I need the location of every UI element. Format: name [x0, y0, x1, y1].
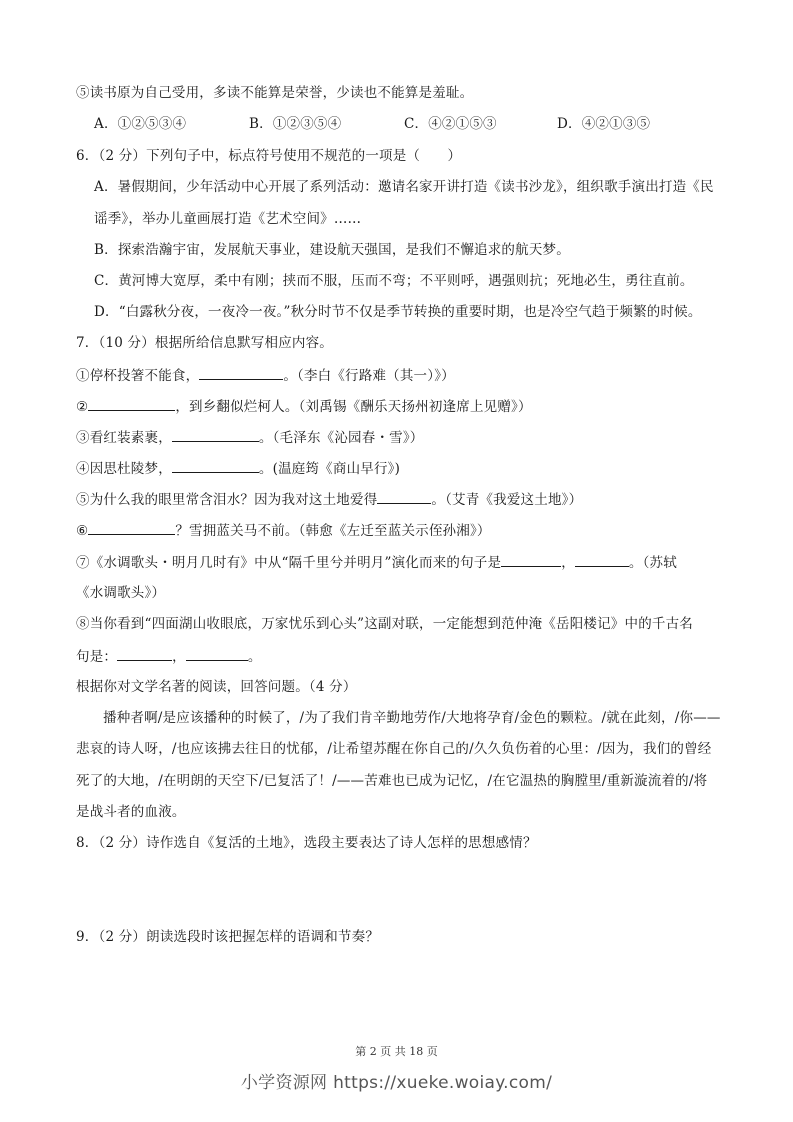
answer-blank[interactable]: [377, 490, 431, 504]
answer-blank[interactable]: [88, 521, 175, 535]
option-d: D．④②①③⑤: [557, 115, 650, 133]
q5-options: A．①②⑤③④B．①②③⑤④C．④②①⑤③D．④②①③⑤: [94, 115, 650, 133]
q6-option-a-line2: 谣季》，举办儿童画展打造《艺术空间》……: [94, 210, 361, 228]
reading-intro: 根据你对文学名著的阅读，回答问题。（4 分）: [76, 678, 357, 696]
q7-item-2: ②，到乡翻似烂柯人。（刘禹锡《酬乐天扬州初逢席上见赠》）: [76, 397, 532, 416]
q6-option-a-line1: A．暑假期间，少年活动中心开展了系列活动：邀请名家开讲打造《读书沙龙》，组织歌手…: [94, 178, 714, 196]
page-number: 第 2 页 共 18 页: [0, 1043, 793, 1059]
answer-blank[interactable]: [88, 397, 175, 411]
option-c: C．④②①⑤③: [404, 115, 557, 133]
q6-option-c: C．黄河博大宽厚，柔中有刚；挟而不服，压而不弯；不平则呼，遇强则抗；死地必生，勇…: [94, 272, 694, 290]
answer-blank[interactable]: [199, 366, 283, 380]
q7-item-8-line2: 句是：，。: [76, 647, 262, 666]
q7-item-5: ⑤为什么我的眼里常含泪水？因为我对这土地爱得。（艾青《我爱这土地》）: [76, 490, 582, 509]
q7-stem: 7．（10 分）根据所给信息默写相应内容。: [76, 334, 333, 352]
q6-option-b: B．探索浩瀚宇宙，发展航天事业，建设航天强国，是我们不懈追求的航天梦。: [94, 241, 570, 259]
q7-item-7: ⑦《水调歌头・明月几时有》中从“隔千里兮并明月”演化而来的句子是，。（苏轼: [76, 553, 677, 572]
q7-item-3: ③看红装素裹，。（毛泽东《沁园春・雪》）: [76, 428, 424, 447]
q6-stem: 6．（2 分）下列句子中，标点符号使用不规范的一项是（ ）: [76, 147, 461, 165]
answer-blank[interactable]: [501, 553, 561, 567]
watermark: 小学资源网 https://xueke.woiay.com/: [0, 1068, 793, 1093]
poem-line-3: 死了的大地，/在明朗的天空下/已复活了！/——苦难也已成为记忆，/在它温热的胸膛…: [76, 772, 707, 790]
answer-blank[interactable]: [575, 553, 629, 567]
q7-item-1: ①停杯投箸不能食，。（李白《行路难（其一）》）: [76, 366, 455, 385]
q7-item-7-line2: 《水调歌头》）: [76, 584, 165, 602]
answer-blank[interactable]: [117, 647, 172, 661]
q7-item-8-line1: ⑧当你看到“四面湖山收眼底，万家忧乐到心头”这副对联，一定能想到范仲淹《岳阳楼记…: [76, 615, 693, 633]
option-a: A．①②⑤③④: [94, 115, 249, 133]
q6-option-d: D．“白露秋分夜，一夜冷一夜。”秋分时节不仅是季节转换的重要时期，也是冷空气趋于…: [94, 303, 702, 321]
poem-line-1: 播种者啊/是应该播种的时候了，/为了我们肯辛勤地劳作/大地将孕育/金色的颗粒。/…: [103, 709, 721, 727]
option-b: B．①②③⑤④: [249, 115, 404, 133]
q5-item-5: ⑤读书原为自己受用，多读不能算是荣誉，少读也不能算是羞耻。: [76, 84, 473, 102]
answer-blank[interactable]: [172, 459, 259, 473]
poem-line-2: 悲哀的诗人呀，/也应该拂去往日的忧郁，/让希望苏醒在你自己的/久久负伤着的心里：…: [76, 740, 712, 758]
poem-line-4: 是战斗者的血液。: [76, 803, 186, 821]
q9-stem: 9．（2 分）朗读选段时该把握怎样的语调和节奏？: [76, 928, 379, 946]
answer-blank[interactable]: [172, 428, 259, 442]
q7-item-6: ⑥？雪拥蓝关马不前。（韩愈《左迁至蓝关示侄孙湘》）: [76, 521, 491, 540]
q8-stem: 8．（2 分）诗作选自《复活的土地》，选段主要表达了诗人怎样的思想感情？: [76, 834, 537, 852]
answer-blank[interactable]: [186, 647, 248, 661]
exam-page: ⑤读书原为自己受用，多读不能算是荣誉，少读也不能算是羞耻。 A．①②⑤③④B．①…: [0, 0, 793, 1122]
q7-item-4: ④因思杜陵梦，。(温庭筠《商山早行》): [76, 459, 400, 478]
